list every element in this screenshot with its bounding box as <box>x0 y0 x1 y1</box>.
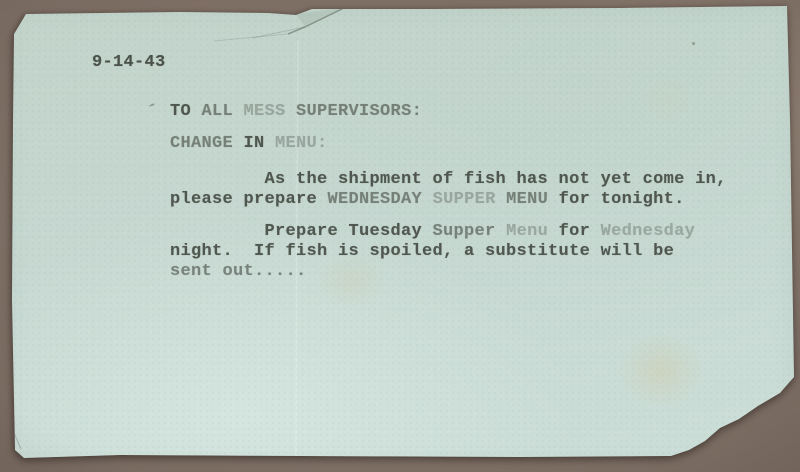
memo-text-segment: night. If fish is spoiled, a substitute … <box>170 242 674 261</box>
memo-text-segment: Supper <box>433 222 507 241</box>
memo-text-segment: Wednesday <box>601 222 696 241</box>
paper-wrapper: 9-14-43 TO ALL MESS SUPERVISORS:CHANGE I… <box>0 0 800 472</box>
memo-text-segment: IN <box>244 134 276 153</box>
memo-text-segment: for <box>559 222 601 241</box>
memo-text-segment: Menu <box>506 222 559 241</box>
memo-line: CHANGE IN MENU: <box>170 134 727 154</box>
memo-text-segment: As the shipment of fish has not yet come… <box>170 170 727 189</box>
memo-text-segment: CHANGE <box>170 134 244 153</box>
paper-speck <box>692 42 695 45</box>
memo-text-segment: Prepare Tuesday <box>170 222 433 241</box>
memo-text-segment: MESS <box>244 102 297 121</box>
memo-line: As the shipment of fish has not yet come… <box>170 170 727 190</box>
memo-text-segment: ALL <box>202 102 244 121</box>
memo-date: 9-14-43 <box>92 53 166 73</box>
memo-text-segment: SUPERVISORS: <box>296 102 422 121</box>
memo-line: please prepare WEDNESDAY SUPPER MENU for… <box>170 190 727 210</box>
memo-text-segment: MENU: <box>275 134 328 153</box>
memo-body: TO ALL MESS SUPERVISORS:CHANGE IN MENU: … <box>170 102 727 282</box>
memo-paper: 9-14-43 TO ALL MESS SUPERVISORS:CHANGE I… <box>0 0 800 472</box>
memo-line: sent out..... <box>170 262 727 282</box>
memo-text-segment: SUPPER <box>433 190 507 209</box>
memo-line: night. If fish is spoiled, a substitute … <box>170 242 727 262</box>
memo-text-segment: for tonight. <box>548 190 685 209</box>
paper-speck <box>149 103 155 107</box>
memo-text-segment: TO <box>170 102 202 121</box>
memo-text-segment: please prepare <box>170 190 328 209</box>
memo-line: Prepare Tuesday Supper Menu for Wednesda… <box>170 222 727 242</box>
memo-line: TO ALL MESS SUPERVISORS: <box>170 102 727 122</box>
photo-background: 9-14-43 TO ALL MESS SUPERVISORS:CHANGE I… <box>0 0 800 472</box>
memo-text-segment: WEDNESDAY <box>328 190 433 209</box>
paper-stain <box>615 330 707 412</box>
memo-text-segment: sent out..... <box>170 262 307 281</box>
memo-text-segment: MENU <box>506 190 548 209</box>
